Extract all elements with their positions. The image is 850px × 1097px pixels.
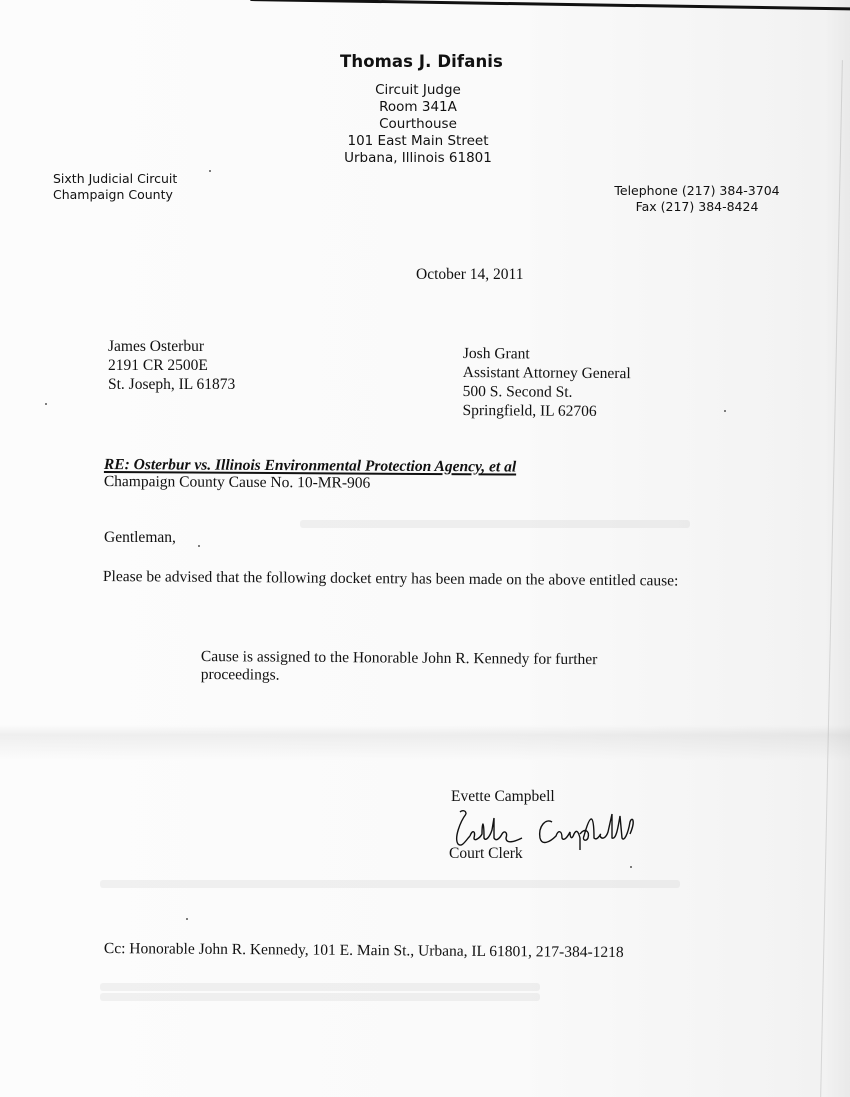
scanner-edge-line — [250, 0, 850, 11]
letterhead-line: Room 341A — [333, 99, 503, 116]
bleed-through — [300, 520, 690, 528]
scan-speck — [209, 170, 211, 172]
letter-date: October 14, 2011 — [416, 266, 523, 284]
recipient-line: Springfield, IL 62706 — [462, 401, 630, 421]
letterhead-line: Urbana, Illinois 61801 — [333, 150, 503, 167]
recipient-line: 2191 CR 2500E — [108, 356, 235, 375]
salutation: Gentleman, — [104, 529, 176, 547]
judge-name: Thomas J. Difanis — [340, 52, 503, 71]
fax: Fax (217) 384-8424 — [608, 199, 786, 215]
recipient-line: Josh Grant — [463, 344, 631, 364]
letterhead-address: Circuit Judge Room 341A Courthouse 101 E… — [333, 82, 503, 167]
contact-block: Telephone (217) 384-3704 Fax (217) 384-8… — [608, 183, 786, 215]
page-edge-shadow — [820, 60, 843, 1097]
letterhead-line: Courthouse — [333, 116, 503, 133]
recipient-line: James Osterbur — [108, 337, 235, 356]
body-paragraph: Please be advised that the following doc… — [103, 568, 703, 591]
county-line: Champaign County — [53, 187, 177, 203]
bleed-through — [100, 993, 540, 1001]
cause-number: Champaign County Cause No. 10-MR-906 — [104, 473, 516, 493]
letterhead-line: Circuit Judge — [333, 82, 503, 99]
telephone: Telephone (217) 384-3704 — [608, 183, 786, 199]
scanned-letter-page: Thomas J. Difanis Circuit Judge Room 341… — [0, 0, 850, 1097]
handwritten-signature — [452, 808, 662, 850]
recipient-address: James Osterbur 2191 CR 2500E St. Joseph,… — [108, 337, 235, 394]
docket-entry: Cause is assigned to the Honorable John … — [201, 648, 671, 688]
scan-speck — [630, 866, 632, 868]
scan-speck — [186, 918, 188, 920]
recipient-line: 500 S. Second St. — [463, 382, 631, 402]
circuit-line: Sixth Judicial Circuit — [53, 171, 177, 187]
scan-speck — [45, 403, 47, 405]
scan-speck — [198, 545, 200, 547]
recipient-line: St. Joseph, IL 61873 — [108, 375, 235, 394]
recipient-line: Assistant Attorney General — [463, 363, 631, 383]
signer-name: Evette Campbell — [451, 788, 555, 806]
circuit-block: Sixth Judicial Circuit Champaign County — [53, 171, 177, 203]
letterhead-line: 101 East Main Street — [333, 133, 503, 150]
bleed-through — [100, 983, 540, 991]
scan-speck — [724, 410, 726, 412]
signer-title: Court Clerk — [449, 845, 523, 863]
bleed-through — [100, 880, 680, 888]
cc-line: Cc: Honorable John R. Kennedy, 101 E. Ma… — [104, 940, 624, 962]
recipient-address: Josh Grant Assistant Attorney General 50… — [462, 344, 630, 421]
subject-block: RE: Osterbur vs. Illinois Environmental … — [104, 456, 516, 493]
